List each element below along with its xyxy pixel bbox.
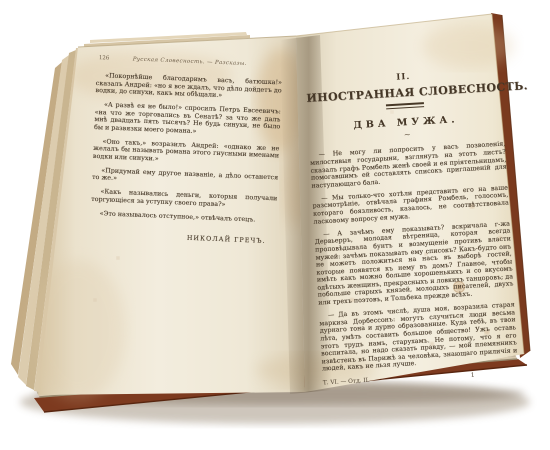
right-page-paragraph: — Да въ этомъ числѣ, душа моя, возразила… [319,301,518,373]
left-page-paragraph: «Оно такъ,» возразилъ Андрей: «однако же… [93,137,280,167]
right-page-paragraph: — Мы только-что хотѣли представить его н… [312,184,509,226]
left-page-paragraph: «Придумай ему другое названіе, а дѣло ос… [92,166,278,188]
signature-mark: 1 [471,372,475,379]
right-page-paragraph: — А зачѣмъ ему показывать? вскричала г-ж… [314,220,514,307]
double-rule-divider [386,102,424,110]
right-page: II. ИНОСТРАННАЯ СЛОВЕСНОСТЬ. ДВА МУЖА. ~… [304,45,519,388]
left-page-paragraph: «А развѣ ея не было!» спросилъ Петръ Евс… [94,101,281,138]
right-page-paragraph: — Не могу ли попросить у васъ позволенія… [310,141,508,190]
left-page-paragraph: «Это называлось отступное,» отвѣчалъ оте… [90,209,276,224]
left-page-paragraph: «Покорнѣйше благодаримъ васъ, батюшка!» … [95,72,282,102]
book-photo-scene: 126 Русская Словесность. — Разсказы. «По… [0,0,550,450]
left-page: 126 Русская Словесность. — Разсказы. «По… [90,55,283,245]
volume-footer: Т. VI. — Отд. II. [323,378,370,387]
page-number: 126 [99,55,110,61]
left-page-paragraph: «Какъ назывались деньги, которыя получал… [91,188,277,210]
